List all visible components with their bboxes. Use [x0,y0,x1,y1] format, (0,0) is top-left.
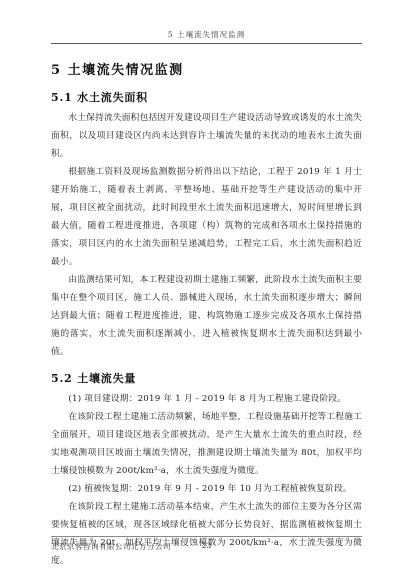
page-number: 23 [202,541,212,550]
footer-company: 北京京客咨询有限公司北方分公司 [51,542,171,551]
list-item: (2) 植被恢复期：2019 年 9 月 - 2019 年 10 月为工程植被恢… [51,480,362,498]
paragraph: 在该阶段工程土建施工活动频繁，场地平整，工程设施基础开挖等工程施工全面展开，项目… [51,408,362,480]
paragraph: 水土保持流失面积包括因开发建设项目生产建设活动导致或诱发的水土流失面积，以及项目… [51,109,362,163]
section-5-1-body: 水土保持流失面积包括因开发建设项目生产建设活动导致或诱发的水土流失面积，以及项目… [51,109,362,361]
chapter-title: 5 土壤流失情况监测 [51,59,362,78]
section-heading-5-2: 5.2 土壤流失量 [51,370,362,386]
paragraph: 在该阶段工程土建施工活动基本结束，产生水土流失的部位主要为各分区需要恢复植被的区… [51,498,362,570]
footer: 北京京客咨询有限公司北方分公司 23 [51,536,362,552]
paragraph: 根据施工资料及现场监测数据分析得出以下结论，工程于 2019 年 1 月土建开始… [51,163,362,271]
document-page: 5 土壤流失情况监测 5 土壤流失情况监测 5.1 水土流失面积 水土保持流失面… [0,0,413,584]
list-item: (1) 项目建设期：2019 年 1 月 - 2019 年 8 月为工程施工建设… [51,390,362,408]
paragraph: 由监测结果可知，本工程建设初期土建施工频繁，此阶段水土流失面积主要集中在整个项目… [51,271,362,361]
section-heading-5-1: 5.1 水土流失面积 [51,89,362,105]
running-header: 5 土壤流失情况监测 [51,0,362,44]
